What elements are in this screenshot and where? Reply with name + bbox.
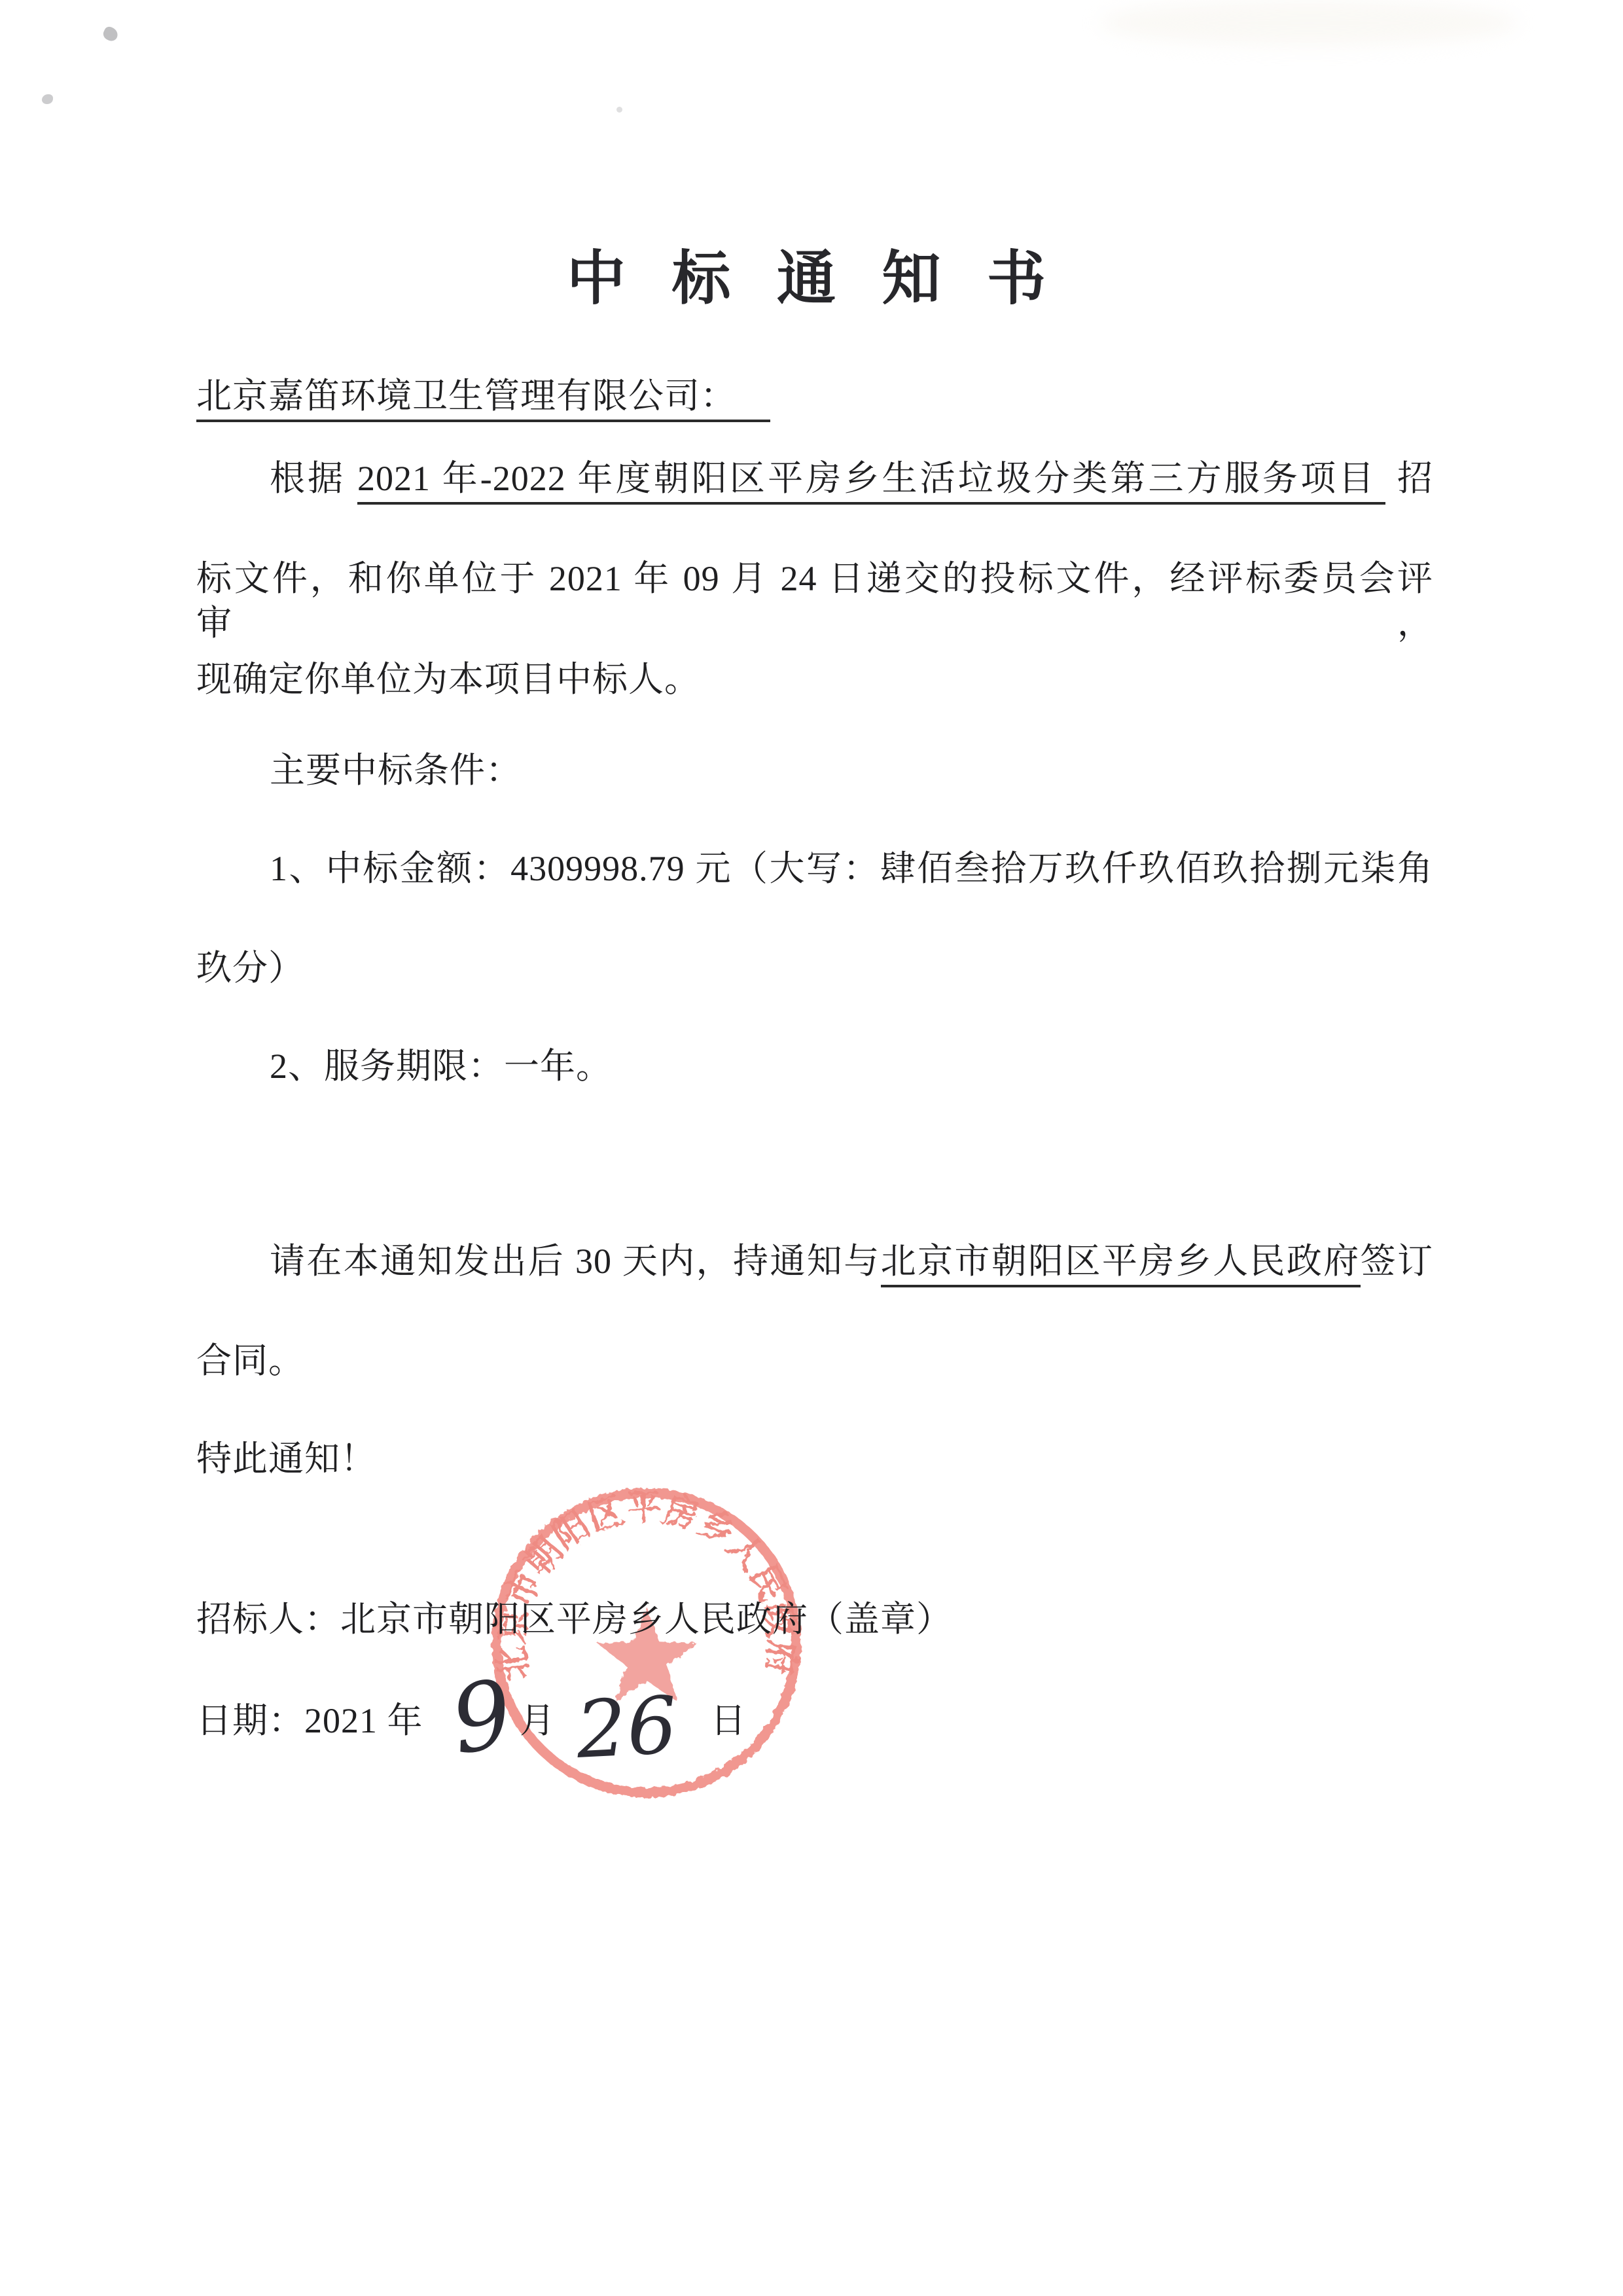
handwritten-day: 26 [577, 1726, 677, 1731]
issuer-line: 招标人：北京市朝阳区平房乡人民政府（盖章） [196, 1598, 1433, 1642]
issuer-name-underlined: 北京市朝阳区平房乡人民政府 [881, 1242, 1361, 1287]
notice-prefix: 请在本通知发出后 30 天内，持通知与 [270, 1242, 881, 1281]
scan-speck [42, 94, 53, 104]
date-prefix: 日期：2021 年 [196, 1701, 423, 1740]
paragraph1-line1: 根据 2021 年-2022 年度朝阳区平房乡生活垃圾分类第三方服务项目 招 [196, 457, 1433, 501]
month-label: 月 [520, 1701, 556, 1740]
paragraph1-line3: 现确定你单位为本项目中标人。 [196, 658, 1433, 702]
condition2-line: 2、服务期限：一年。 [196, 1045, 1433, 1089]
scan-speck [616, 107, 622, 113]
condition1-line1: 1、中标金额：4309998.79 元（大写：肆佰叁拾万玖仟玖佰玖拾捌元柒角 [196, 847, 1433, 891]
scan-speck [101, 25, 120, 43]
handwritten-month: 9 [452, 1713, 511, 1723]
project-name-underlined: 2021 年-2022 年度朝阳区平房乡生活垃圾分类第三方服务项目 [357, 459, 1385, 505]
scan-smudge [1099, 0, 1518, 46]
date-line: 日期：2021 年9月26日 [196, 1699, 1433, 1744]
notice-suffix: 签订 [1361, 1242, 1433, 1281]
recipient-name: 北京嘉笛环境卫生管理有限公司： [196, 376, 770, 422]
para1-suffix: 招 [1385, 459, 1433, 498]
para1-prefix: 根据 [270, 459, 357, 498]
condition1-line2: 玖分） [196, 946, 1433, 991]
day-label: 日 [711, 1701, 747, 1740]
conditions-heading: 主要中标条件： [196, 749, 1433, 793]
notice-line2: 合同。 [196, 1339, 1433, 1384]
notice-line1: 请在本通知发出后 30 天内，持通知与北京市朝阳区平房乡人民政府签订 [196, 1240, 1433, 1284]
paragraph1-line2: 标文件，和你单位于 2021 年 09 月 24 日递交的投标文件，经评标委员会… [196, 557, 1433, 645]
recipient-line: 北京嘉笛环境卫生管理有限公司： [196, 374, 1433, 419]
official-seal: 北京市朝阳区平房乡人民政府 [458, 1452, 840, 1834]
document-title: 中 标 通 知 书 [0, 230, 1623, 315]
award-notice-document: 中 标 通 知 书 北京嘉笛环境卫生管理有限公司： 根据 2021 年-2022… [0, 0, 1623, 2296]
